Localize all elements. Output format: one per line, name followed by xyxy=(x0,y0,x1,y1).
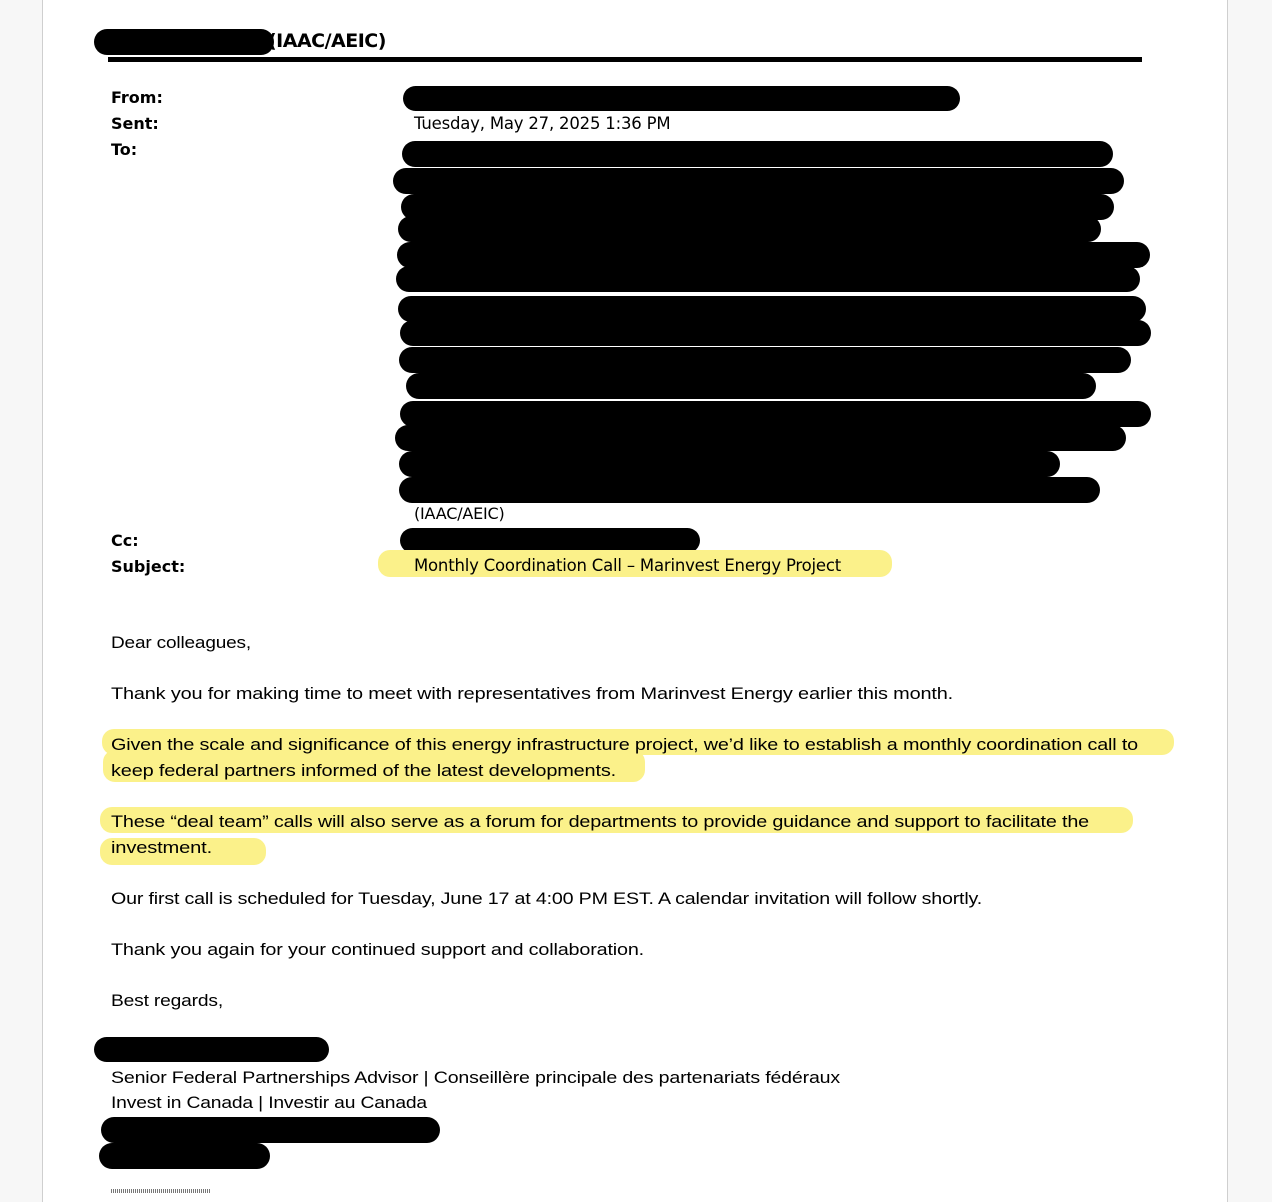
subject-label: Subject: xyxy=(111,557,185,576)
from-label: From: xyxy=(111,88,163,107)
body-paragraph-3-line-1: These “deal team” calls will also serve … xyxy=(111,812,1089,832)
to-trailing-org: (IAAC/AEIC) xyxy=(414,504,505,523)
document-title: (IAAC/AEIC) xyxy=(268,30,386,52)
body-paragraph-1: Thank you for making time to meet with r… xyxy=(111,684,953,704)
redaction-signature-line-1 xyxy=(101,1117,440,1143)
sent-label: Sent: xyxy=(111,114,159,133)
subject-value: Monthly Coordination Call – Marinvest En… xyxy=(414,556,841,575)
body-paragraph-3-line-2: investment. xyxy=(111,838,212,858)
redaction-title-name xyxy=(94,29,274,55)
to-label: To: xyxy=(111,140,137,159)
redaction-sender-name xyxy=(94,1037,329,1062)
body-paragraph-4: Our first call is scheduled for Tuesday,… xyxy=(111,889,982,909)
body-paragraph-5: Thank you again for your continued suppo… xyxy=(111,940,644,960)
body-paragraph-2-line-2: keep federal partners informed of the la… xyxy=(111,761,616,781)
greeting: Dear colleagues, xyxy=(111,633,251,653)
title-rule xyxy=(108,57,1142,62)
signature-separator xyxy=(111,1189,211,1193)
signature-title: Senior Federal Partnerships Advisor | Co… xyxy=(111,1068,840,1088)
body-paragraph-2-line-1: Given the scale and significance of this… xyxy=(111,735,1138,755)
redaction-signature-line-2 xyxy=(99,1143,270,1169)
sent-value: Tuesday, May 27, 2025 1:36 PM xyxy=(414,114,670,133)
redaction-from xyxy=(403,86,960,111)
closing: Best regards, xyxy=(111,991,223,1011)
cc-label: Cc: xyxy=(111,531,139,550)
signature-org: Invest in Canada | Investir au Canada xyxy=(111,1093,427,1113)
